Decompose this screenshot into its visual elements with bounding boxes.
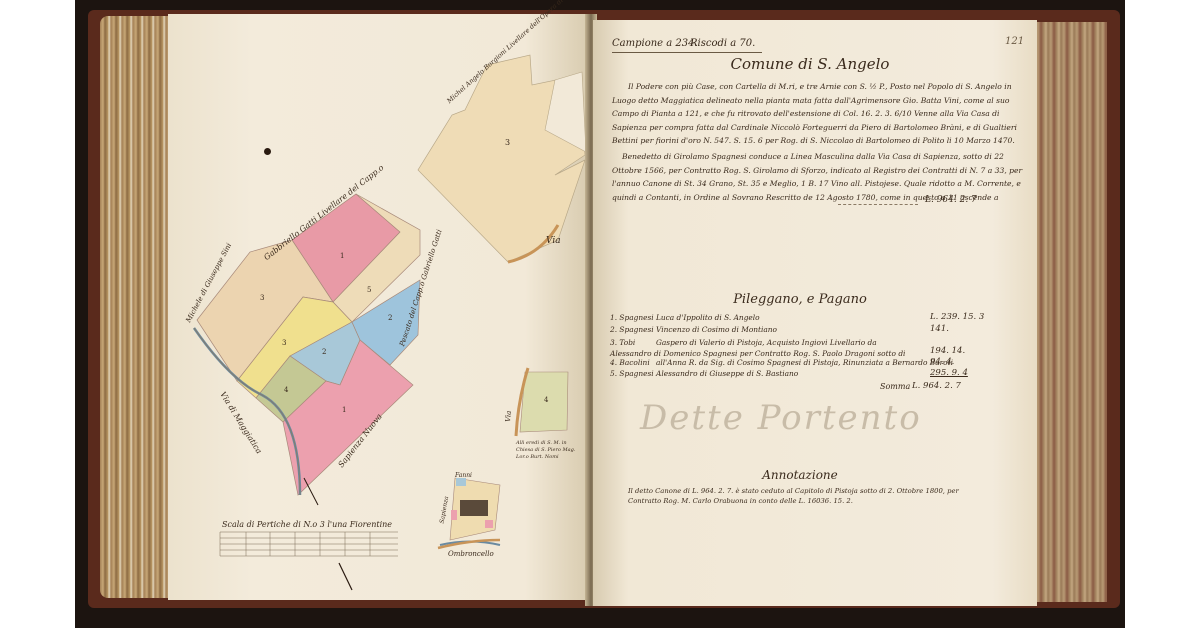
annotation-text-1: Il detto Canone di L. 964. 2. 7. è stato…: [628, 486, 1028, 496]
pencil-note: Dette Portento: [640, 398, 922, 438]
ledger-row: 5. SpagnesiAlessandro di Giuseppe di S. …: [610, 369, 798, 378]
svg-text:2: 2: [388, 314, 392, 322]
right-page-edges: [1035, 22, 1107, 602]
ledger-index: 2. Spagnesi: [610, 325, 656, 334]
svg-text:3: 3: [505, 138, 510, 147]
ledger-amount: 194. 14.: [930, 346, 965, 356]
ledger-name: Vincenzo di Cosimo di Montiano: [656, 325, 777, 334]
page-title: Comune di S. Angelo: [700, 55, 920, 73]
svg-text:1: 1: [340, 252, 344, 260]
property-description: Il Podere con più Case, con Cartella di …: [612, 80, 1027, 148]
ledger-amount: 94. 4.: [930, 357, 954, 367]
svg-text:4: 4: [544, 396, 549, 404]
annotation-title: Annotazione: [740, 468, 860, 482]
ledger-index: 1. Spagnesi: [610, 313, 656, 322]
map-label-hamlet-top: Fanni: [455, 472, 472, 479]
page-number: 121: [1005, 36, 1024, 47]
scale-bar: [220, 532, 398, 556]
ledger-name: all'Anna R. da Sig. di Cosimo Spagnesi d…: [656, 358, 953, 367]
ledger-total-amount: L. 964. 2. 7: [912, 381, 961, 391]
map-label-small-via: Via: [504, 410, 513, 422]
riscodi-reference: Riscodi a 70.: [690, 38, 755, 49]
ledger-total-label: Somma: [880, 382, 910, 391]
ledger-name: Luca d'Ippolito di S. Angelo: [656, 313, 760, 322]
map-label-small-owner: Alli eredi di S. M. in Chiesa di S. Pier…: [516, 440, 576, 461]
ledger-row: 4. Bacoliniall'Anna R. da Sig. di Cosimo…: [610, 358, 953, 367]
campione-reference: Campione a 234.: [612, 38, 698, 49]
map-label-upper-via: Via: [546, 236, 561, 246]
ledger-row: 3. TobiGaspero di Valerio di Pistoja, Ac…: [610, 337, 920, 359]
svg-text:3: 3: [260, 294, 264, 302]
ledger-amount: 141.: [930, 324, 949, 334]
svg-text:5: 5: [367, 286, 371, 294]
ledger-title: Pileggano, e Pagano: [720, 292, 880, 307]
ledger-index: 5. Spagnesi: [610, 369, 656, 378]
svg-text:1: 1: [342, 406, 346, 414]
ledger-row: 2. SpagnesiVincenzo di Cosimo di Montian…: [610, 325, 777, 334]
map-label-hamlet-road: Ombroncello: [448, 550, 494, 558]
ledger-row: 1. SpagnesiLuca d'Ippolito di S. Angelo: [610, 313, 760, 322]
lease-amount: L. 964. 2. 7: [925, 195, 977, 205]
svg-text:3: 3: [282, 339, 286, 347]
header-underline: [612, 52, 762, 53]
leader-dots: [838, 204, 918, 205]
ledger-name: Alessandro di Giuseppe di S. Bastiano: [656, 369, 798, 378]
ledger-amount: L. 239. 15. 3: [930, 312, 984, 322]
scale-label: Scala di Pertiche di N.o 3 l'una Fiorent…: [222, 520, 392, 529]
svg-text:4: 4: [284, 386, 289, 394]
annotation-text-2: Contratto Rog. M. Carlo Orabuona in cont…: [628, 496, 1028, 506]
ledger-index: 3. Tobi: [610, 337, 656, 348]
ink-blot: [264, 148, 271, 155]
ledger-amount: 295. 9. 4: [930, 368, 968, 378]
cadastral-map: 3 1 3 5 3 2 2 4 1 4: [0, 0, 600, 628]
ledger-index: 4. Bacolini: [610, 358, 656, 367]
svg-text:2: 2: [322, 348, 326, 356]
